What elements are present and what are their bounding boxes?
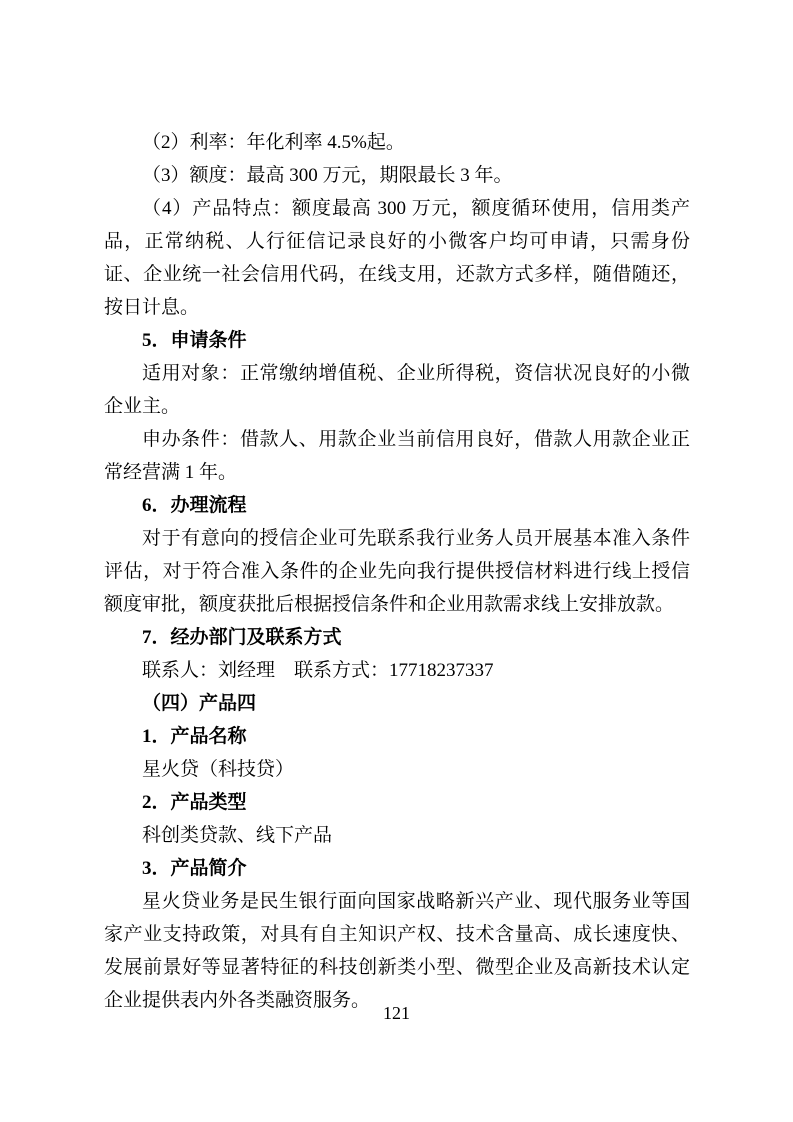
paragraph-product-name: 星火贷（科技贷）: [104, 753, 690, 786]
heading-processing-flow: 6．办理流程: [104, 489, 690, 522]
paragraph-product-type: 科创类贷款、线下产品: [104, 819, 690, 852]
paragraph-processing-flow: 对于有意向的授信企业可先联系我行业务人员开展基本准入条件评估，对于符合准入条件的…: [104, 522, 690, 621]
heading-product-name: 1．产品名称: [104, 720, 690, 753]
heading-product-intro: 3．产品简介: [104, 852, 690, 885]
paragraph-product-intro: 星火贷业务是民生银行面向国家战略新兴产业、现代服务业等国家产业支持政策，对具有自…: [104, 885, 690, 1017]
paragraph-contact-info: 联系人：刘经理 联系方式：17718237337: [104, 654, 690, 687]
paragraph-applicable-targets: 适用对象：正常缴纳增值税、企业所得税，资信状况良好的小微企业主。: [104, 357, 690, 423]
paragraph-application-requirements: 申办条件：借款人、用款企业当前信用良好，借款人用款企业正常经营满 1 年。: [104, 423, 690, 489]
document-body: （2）利率：年化利率 4.5%起。 （3）额度：最高 300 万元，期限最长 3…: [104, 126, 690, 1017]
heading-application-conditions: 5．申请条件: [104, 324, 690, 357]
paragraph-rate: （2）利率：年化利率 4.5%起。: [104, 126, 690, 159]
heading-product-type: 2．产品类型: [104, 786, 690, 819]
heading-product-four: （四）产品四: [104, 687, 690, 720]
document-page: （2）利率：年化利率 4.5%起。 （3）额度：最高 300 万元，期限最长 3…: [0, 0, 793, 1122]
page-number: 121: [0, 1001, 793, 1025]
heading-contact-department: 7．经办部门及联系方式: [104, 621, 690, 654]
paragraph-product-features: （4）产品特点：额度最高 300 万元，额度循环使用，信用类产品，正常纳税、人行…: [104, 192, 690, 324]
paragraph-quota: （3）额度：最高 300 万元，期限最长 3 年。: [104, 159, 690, 192]
